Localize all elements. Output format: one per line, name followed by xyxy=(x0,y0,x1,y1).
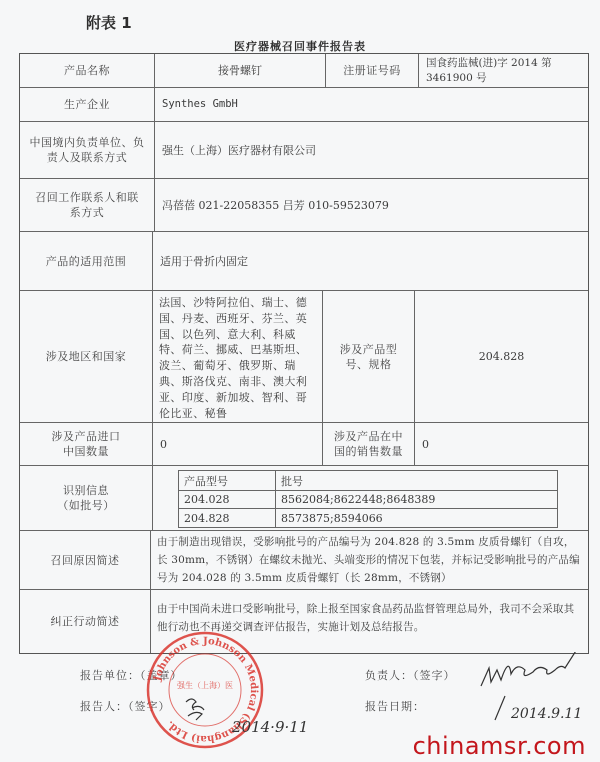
scope-label: 产品的适用范围 xyxy=(20,232,153,291)
id-row-2-batch: 8573875;8594066 xyxy=(276,509,557,527)
registration-value: 国食药监械(进)字 2014 第 3461900 号 xyxy=(419,54,588,88)
identification-label: 识别信息（如批号） xyxy=(20,466,153,531)
manufacturer-label: 生产企业 xyxy=(20,88,155,122)
china-sales-qty-value: 0 xyxy=(415,423,588,466)
china-sales-qty-label-text: 涉及产品在中国的销售数量 xyxy=(331,429,406,459)
id-row-2-model: 204.828 xyxy=(179,509,276,527)
model-spec-label: 涉及产品型号、规格 xyxy=(323,291,415,423)
responsible-label: 负责人：（签字） xyxy=(365,667,456,683)
import-qty-label: 涉及产品进口中国数量 xyxy=(20,423,153,466)
model-spec-label-text: 涉及产品型号、规格 xyxy=(337,342,400,372)
document-title: 医疗器械召回事件报告表 xyxy=(0,38,600,54)
import-qty-value: 0 xyxy=(153,423,323,466)
product-name-value: 接骨螺钉 xyxy=(155,54,326,88)
id-col-batch-header: 批号 xyxy=(276,471,557,491)
scope-value: 适用于骨折内固定 xyxy=(153,232,588,291)
regions-label: 涉及地区和国家 xyxy=(20,291,153,423)
id-row-1-model: 204.028 xyxy=(179,491,276,509)
id-col-model-header: 产品型号 xyxy=(179,471,276,491)
appendix-label: 附表 1 xyxy=(86,12,132,33)
corrective-action-label: 纠正行动简述 xyxy=(20,590,151,653)
id-row-1-batch: 8562084;8622448;8648389 xyxy=(276,491,557,509)
report-date-label: 报告日期： xyxy=(365,698,425,714)
registration-label: 注册证号码 xyxy=(326,54,419,88)
svg-text:2014.9.11: 2014.9.11 xyxy=(510,706,582,722)
recall-reason-label: 召回原因简述 xyxy=(20,531,151,590)
identification-label-text: 识别信息（如批号） xyxy=(54,483,118,513)
manufacturer-value: Synthes GmbH xyxy=(155,88,588,122)
identification-table: 产品型号 批号 204.028 8562084;8622448;8648389 … xyxy=(178,470,558,528)
china-responsible-value: 强生（上海）医疗器材有限公司 xyxy=(155,122,588,179)
product-name-label: 产品名称 xyxy=(20,54,155,88)
svg-text:强生（上海）医: 强生（上海）医 xyxy=(177,680,233,690)
recall-contact-value: 冯蓓蓓 021-22058355 吕芳 010-59523079 xyxy=(155,179,588,232)
responsible-signature: 2014.9.11 xyxy=(475,652,600,732)
recall-report-table: 产品名称 接骨螺钉 注册证号码 国食药监械(进)字 2014 第 3461900… xyxy=(19,53,589,654)
import-qty-label-text: 涉及产品进口中国数量 xyxy=(48,429,124,459)
watermark: chinamsr.com xyxy=(413,732,586,760)
recall-contact-label: 召回工作联系人和联系方式 xyxy=(20,179,155,232)
china-sales-qty-label: 涉及产品在中国的销售数量 xyxy=(323,423,415,466)
regions-value: 法国、沙特阿拉伯、瑞士、德国、丹麦、西班牙、芬兰、英国、以色列、意大利、科威特、… xyxy=(153,291,323,423)
model-spec-value: 204.828 xyxy=(415,291,588,423)
svg-text:2014·9·11: 2014·9·11 xyxy=(231,718,308,736)
china-responsible-label: 中国境内负责单位、负责人及联系方式 xyxy=(20,122,155,179)
recall-reason-value: 由于制造出现错误，受影响批号的产品编号为 204.828 的 3.5mm 皮质骨… xyxy=(151,531,588,590)
reporter-signature: 2014·9·11 xyxy=(172,690,332,740)
